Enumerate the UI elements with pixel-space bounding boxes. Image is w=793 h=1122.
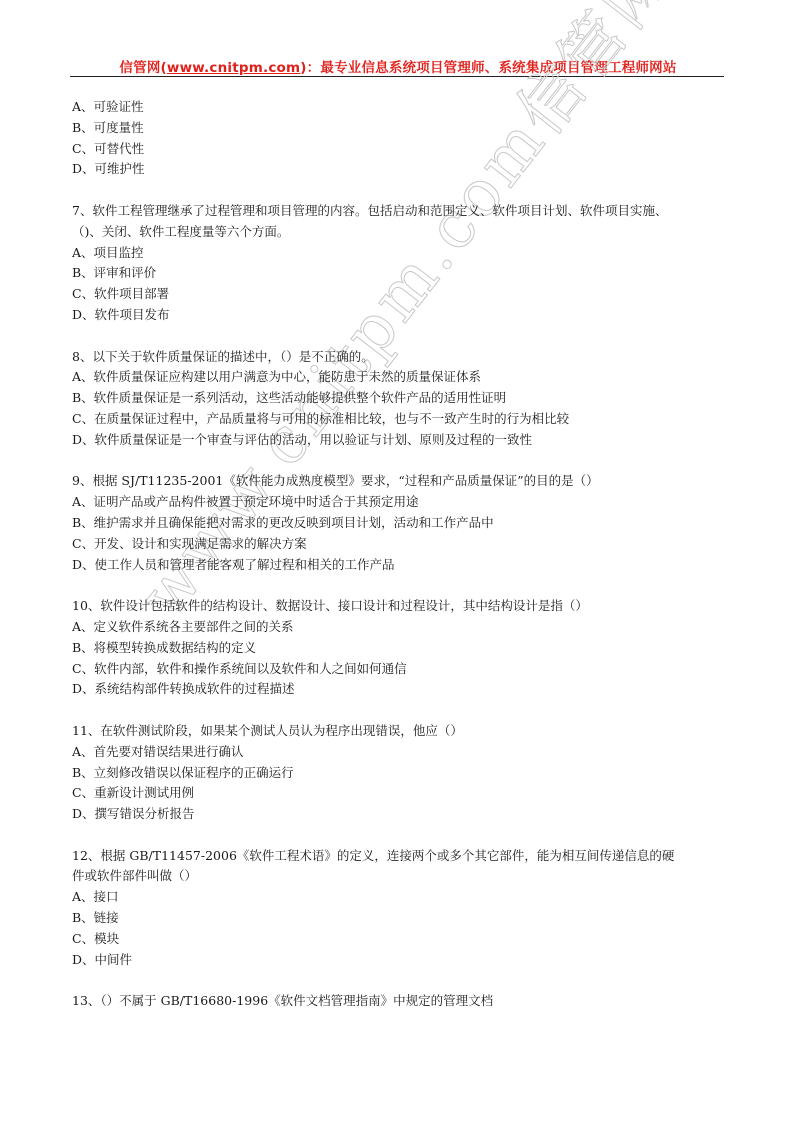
option-b: B、立刻修改错误以保证程序的正确运行	[72, 763, 724, 784]
option-d: D、系统结构部件转换成软件的过程描述	[72, 679, 724, 700]
option-a: A、接口	[72, 887, 724, 908]
option-c: C、模块	[72, 929, 724, 950]
question-8: 8、以下关于软件质量保证的描述中，（）是不正确的。 A、软件质量保证应构建以用户…	[72, 347, 724, 451]
option-b: B、链接	[72, 908, 724, 929]
option-d: D、中间件	[72, 950, 724, 971]
question-10: 10、软件设计包括软件的结构设计、数据设计、接口设计和过程设计，其中结构设计是指…	[72, 596, 724, 700]
option-c: C、软件项目部署	[72, 284, 724, 305]
option-a: A、证明产品或产品构件被置于预定环境中时适合于其预定用途	[72, 492, 724, 513]
header-suffix: )：最专业信息系统项目管理师、系统集成项目管理工程师网站	[300, 60, 676, 76]
question-stem: 8、以下关于软件质量保证的描述中，（）是不正确的。	[72, 347, 724, 368]
option-d: D、软件项目发布	[72, 305, 724, 326]
option-a: A、项目监控	[72, 243, 724, 264]
question-list: A、可验证性 B、可度量性 C、可替代性 D、可维护性 7、软件工程管理继承了过…	[72, 97, 724, 1033]
question-stem: 9、根据 SJ/T11235-2001《软件能力成熟度模型》要求，“过程和产品质…	[72, 471, 724, 492]
question-stem: 7、软件工程管理继承了过程管理和项目管理的内容。包括启动和范围定义、软件项目计划…	[72, 201, 724, 222]
header-divider	[70, 76, 724, 77]
option-b: B、评审和评价	[72, 263, 724, 284]
option-b: B、将模型转换成数据结构的定义	[72, 638, 724, 659]
option-c: C、开发、设计和实现满足需求的解决方案	[72, 534, 724, 555]
question-stem: 13、（）不属于 GB/T16680-1996《软件文档管理指南》中规定的管理文…	[72, 991, 724, 1012]
question-6: A、可验证性 B、可度量性 C、可替代性 D、可维护性	[72, 97, 724, 180]
option-c: C、在质量保证过程中，产品质量将与可用的标准相比较，也与不一致产生时的行为相比较	[72, 409, 724, 430]
question-stem: 11、在软件测试阶段，如果某个测试人员认为程序出现错误，他应（）	[72, 721, 724, 742]
site-link[interactable]: www.cnitpm.com	[167, 60, 300, 76]
option-a: A、定义软件系统各主要部件之间的关系	[72, 617, 724, 638]
question-12: 12、根据 GB/T11457-2006《软件工程术语》的定义，连接两个或多个其…	[72, 846, 724, 971]
option-a: A、软件质量保证应构建以用户满意为中心，能防患于未然的质量保证体系	[72, 367, 724, 388]
question-7: 7、软件工程管理继承了过程管理和项目管理的内容。包括启动和范围定义、软件项目计划…	[72, 201, 724, 326]
question-stem: 10、软件设计包括软件的结构设计、数据设计、接口设计和过程设计，其中结构设计是指…	[72, 596, 724, 617]
question-stem-cont: （)、关闭、软件工程度量等六个方面。	[72, 222, 724, 243]
option-a: A、可验证性	[72, 97, 724, 118]
option-c: C、重新设计测试用例	[72, 783, 724, 804]
option-b: B、软件质量保证是一系列活动，这些活动能够提供整个软件产品的适用性证明	[72, 388, 724, 409]
option-d: D、撰写错误分析报告	[72, 804, 724, 825]
option-d: D、可维护性	[72, 159, 724, 180]
option-b: B、可度量性	[72, 118, 724, 139]
option-c: C、可替代性	[72, 139, 724, 160]
question-13: 13、（）不属于 GB/T16680-1996《软件文档管理指南》中规定的管理文…	[72, 991, 724, 1012]
question-11: 11、在软件测试阶段，如果某个测试人员认为程序出现错误，他应（） A、首先要对错…	[72, 721, 724, 825]
option-d: D、软件质量保证是一个审查与评估的活动，用以验证与计划、原则及过程的一致性	[72, 430, 724, 451]
question-9: 9、根据 SJ/T11235-2001《软件能力成熟度模型》要求，“过程和产品质…	[72, 471, 724, 575]
option-b: B、维护需求并且确保能把对需求的更改反映到项目计划，活动和工作产品中	[72, 513, 724, 534]
option-a: A、首先要对错误结果进行确认	[72, 742, 724, 763]
question-stem-cont: 件或软件部件叫做（）	[72, 866, 724, 887]
question-stem: 12、根据 GB/T11457-2006《软件工程术语》的定义，连接两个或多个其…	[72, 846, 724, 867]
page-header: 信管网(www.cnitpm.com)：最专业信息系统项目管理师、系统集成项目管…	[72, 56, 724, 76]
option-c: C、软件内部，软件和操作系统间以及软件和人之间如何通信	[72, 659, 724, 680]
option-d: D、使工作人员和管理者能客观了解过程和相关的工作产品	[72, 555, 724, 576]
header-prefix: 信管网(	[119, 60, 166, 76]
